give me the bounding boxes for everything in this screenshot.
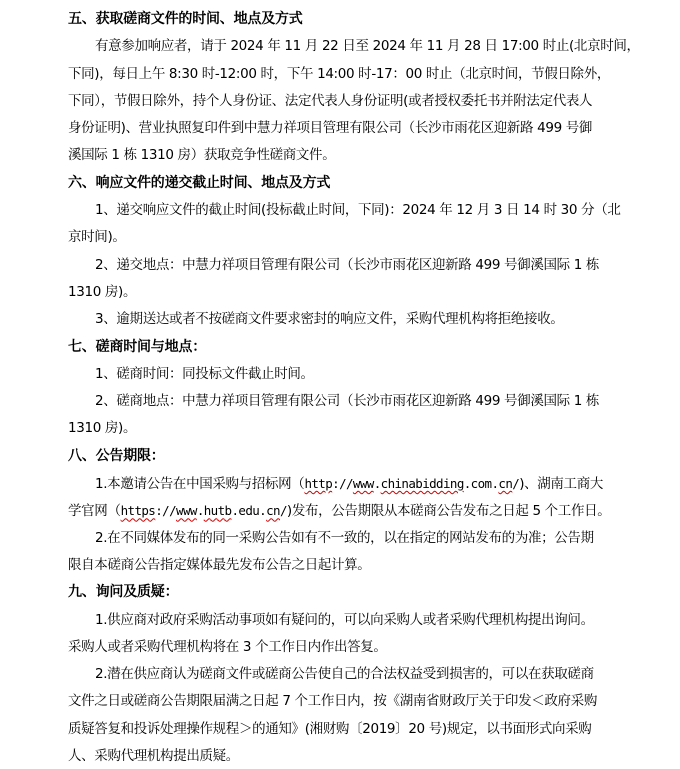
chinabidding-link[interactable]: http://www.chinabidding.com.cn/ [304,476,519,491]
paragraph-line: 下同)，每日上午 8:30 时-12:00 时，下午 14:00 时-17：00… [68,61,628,88]
paragraph-line: 质疑答复和投诉处理操作规程＞的通知》(湘财购〔2019〕20 号)规定，以书面形… [68,716,628,743]
paragraph-line: 2、磋商地点：中慧力祥项目管理有限公司（长沙市雨花区迎新路 499 号御溪国际 … [68,388,628,415]
section-heading-6: 六、响应文件的递交截止时间、地点及方式 [68,170,628,197]
paragraph-line: 溪国际 1 栋 1310 房）获取竞争性磋商文件。 [68,142,628,169]
paragraph-line: 身份证明)、营业执照复印件到中慧力祥项目管理有限公司（长沙市雨花区迎新路 499… [68,115,628,142]
document-page: 五、获取磋商文件的时间、地点及方式 有意参加响应者，请于 2024 年 11 月… [68,6,628,769]
paragraph-line: 1310 房)。 [68,415,628,442]
paragraph-line: 文件之日或磋商公告期限届满之日起 7 个工作日内，按《湖南省财政厅关于印发＜政府… [68,688,628,715]
section-heading-8: 八、公告期限： [68,443,628,470]
paragraph-line: 有意参加响应者，请于 2024 年 11 月 22 日至 2024 年 11 月… [68,33,628,60]
paragraph-line: 2.潜在供应商认为磋商文件或磋商公告使自己的合法权益受到损害的，可以在获取磋商 [68,661,628,688]
paragraph-line-with-link: 1.本邀请公告在中国采购与招标网（http://www.chinabidding… [68,470,628,497]
paragraph-line: 限自本磋商公告指定媒体最先发布公告之日起计算。 [68,552,628,579]
paragraph-line: 1、磋商时间：同投标文件截止时间。 [68,361,628,388]
paragraph-line: 1310 房)。 [68,279,628,306]
paragraph-line: 1、递交响应文件的截止时间(投标截止时间，下同)：2024 年 12 月 3 日… [68,197,628,224]
paragraph-line: 京时间)。 [68,224,628,251]
paragraph-line: 3、逾期送达或者不按磋商文件要求密封的响应文件，采购代理机构将拒绝接收。 [68,306,628,333]
section-heading-5: 五、获取磋商文件的时间、地点及方式 [68,6,628,33]
paragraph-line-with-link: 学官网（https://www.hutb.edu.cn/)发布，公告期限从本磋商… [68,497,628,524]
paragraph-line: 2、递交地点：中慧力祥项目管理有限公司（长沙市雨花区迎新路 499 号御溪国际 … [68,252,628,279]
paragraph-line: 1.供应商对政府采购活动事项如有疑问的，可以向采购人或者采购代理机构提出询问。 [68,607,628,634]
text: 1.本邀请公告在中国采购与招标网（ [95,476,304,492]
hutb-link[interactable]: https://www.hutb.edu.cn/ [121,503,287,518]
section-heading-7: 七、磋商时间与地点： [68,334,628,361]
text: 学官网（ [68,503,121,519]
text: )、湖南工商大 [519,476,603,492]
paragraph-line: 下同），节假日除外，持个人身份证、法定代表人身份证明(或者授权委托书并附法定代表… [68,88,628,115]
text: )发布，公告期限从本磋商公告发布之日起 5 个工作日。 [287,503,611,519]
paragraph-line: 人、采购代理机构提出质疑。 [68,743,628,769]
paragraph-line: 2.在不同媒体发布的同一采购公告如有不一致的，以在指定的网站发布的为准；公告期 [68,525,628,552]
paragraph-line: 采购人或者采购代理机构将在 3 个工作日内作出答复。 [68,634,628,661]
section-heading-9: 九、询问及质疑： [68,579,628,606]
